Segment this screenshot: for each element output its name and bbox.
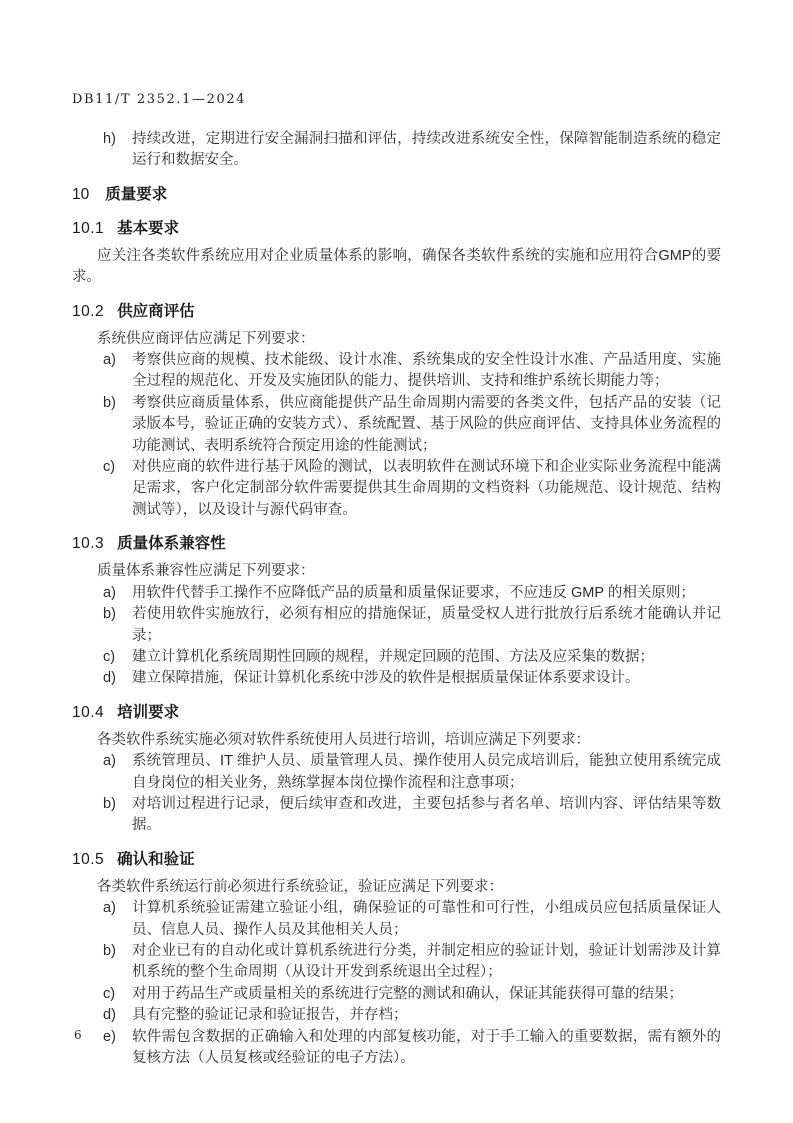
list-item: b) 若使用软件实施放行，必须有相应的措施保证，质量受权人进行批放行后系统才能确… xyxy=(72,604,721,647)
list-item-label: b) xyxy=(103,794,116,815)
section-heading: 10.5确认和验证 xyxy=(72,849,721,871)
list-item: b) 对培训过程进行记录，便后续审查和改进，主要包括参与者名单、培训内容、评估结… xyxy=(72,794,721,837)
section-number: 10.1 xyxy=(72,220,104,237)
list-item-label: a) xyxy=(103,751,116,772)
list-item-label: b) xyxy=(103,604,116,625)
section-heading: 10.1基本要求 xyxy=(72,218,721,240)
list-item-text: 建立计算机化系统周期性回顾的规程，并规定回顾的范围、方法及应采集的数据； xyxy=(132,649,654,665)
list-item-text: 持续改进，定期进行安全漏洞扫描和评估，持续改进系统安全性，保障智能制造系统的稳定… xyxy=(132,131,721,168)
list-item: a) 系统管理员、IT 维护人员、质量管理人员、操作使用人员完成培训后，能独立使… xyxy=(72,751,721,794)
section-10-2: 10.2供应商评估 系统供应商评估应满足下列要求： a) 考察供应商的规模、技术… xyxy=(72,301,721,522)
document-code-header: DB11/T 2352.1—2024 xyxy=(72,92,721,107)
list-item: d) 具有完整的验证记录和验证报告，并存档； xyxy=(72,1005,721,1026)
section-title: 培训要求 xyxy=(117,704,179,721)
list-item-text: 对供应商的软件进行基于风险的测试，以表明软件在测试环境下和企业实际业务流程中能满… xyxy=(132,459,721,518)
list-item: c) 对供应商的软件进行基于风险的测试，以表明软件在测试环境下和企业实际业务流程… xyxy=(72,457,721,521)
section-10-4: 10.4培训要求 各类软件系统实施必须对软件系统使用人员进行培训，培训应满足下列… xyxy=(72,702,721,837)
section-item-list: a) 考察供应商的规模、技术能级、设计水准、系统集成的安全性设计水准、产品适用度… xyxy=(72,350,721,521)
list-item: h) 持续改进，定期进行安全漏洞扫描和评估，持续改进系统安全性，保障智能制造系统… xyxy=(72,129,721,172)
list-item: c) 对用于药品生产或质量相关的系统进行完整的测试和确认，保证其能获得可靠的结果… xyxy=(72,984,721,1005)
list-item-label: d) xyxy=(103,1005,116,1026)
section-title: 确认和验证 xyxy=(117,851,195,868)
section-10-1: 10.1基本要求 应关注各类软件系统应用对企业质量体系的影响，确保各类软件系统的… xyxy=(72,218,721,289)
list-item: e) 软件需包含数据的正确输入和处理的内部复核功能，对于手工输入的重要数据，需有… xyxy=(72,1027,721,1070)
list-item-text: 系统管理员、IT 维护人员、质量管理人员、操作使用人员完成培训后，能独立使用系统… xyxy=(132,753,721,790)
list-item-text: 具有完整的验证记录和验证报告，并存档； xyxy=(132,1007,408,1023)
chapter-title: 质量要求 xyxy=(105,186,167,203)
list-item: c) 建立计算机化系统周期性回顾的规程，并规定回顾的范围、方法及应采集的数据； xyxy=(72,647,721,668)
list-item-text: 软件需包含数据的正确输入和处理的内部复核功能，对于手工输入的重要数据，需有额外的… xyxy=(132,1029,721,1066)
section-title: 基本要求 xyxy=(117,220,179,237)
section-intro: 各类软件系统运行前必须进行系统验证，验证应满足下列要求： xyxy=(72,877,721,898)
section-number: 10.3 xyxy=(72,535,104,552)
page-number: 6 xyxy=(74,1028,82,1042)
list-item-label: d) xyxy=(103,668,116,689)
chapter-number: 10 xyxy=(72,186,89,203)
list-item-label: a) xyxy=(103,350,116,371)
section-number: 10.2 xyxy=(72,303,104,320)
document-content: h) 持续改进，定期进行安全漏洞扫描和评估，持续改进系统安全性，保障智能制造系统… xyxy=(72,129,721,1069)
list-item-text: 对培训过程进行记录，便后续审查和改进，主要包括参与者名单、培训内容、评估结果等数… xyxy=(132,796,721,833)
list-item-label: a) xyxy=(103,898,116,919)
list-item-text: 考察供应商质量体系，供应商能提供产品生命周期内需要的各类文件，包括产品的安装（记… xyxy=(132,395,721,454)
list-item: a) 计算机系统验证需建立验证小组，确保验证的可靠性和可行性，小组成员应包括质量… xyxy=(72,898,721,941)
section-intro: 系统供应商评估应满足下列要求： xyxy=(72,329,721,350)
list-item-text: 若使用软件实施放行，必须有相应的措施保证，质量受权人进行批放行后系统才能确认并记… xyxy=(132,606,721,643)
section-10-5: 10.5确认和验证 各类软件系统运行前必须进行系统验证，验证应满足下列要求： a… xyxy=(72,849,721,1070)
list-item-text: 计算机系统验证需建立验证小组，确保验证的可靠性和可行性，小组成员应包括质量保证人… xyxy=(132,900,721,937)
section-item-list: a) 计算机系统验证需建立验证小组，确保验证的可靠性和可行性，小组成员应包括质量… xyxy=(72,898,721,1069)
section-heading: 10.2供应商评估 xyxy=(72,301,721,323)
list-item: a) 用软件代替手工操作不应降低产品的质量和质量保证要求，不应违反 GMP 的相… xyxy=(72,583,721,604)
section-intro: 质量体系兼容性应满足下列要求： xyxy=(72,561,721,582)
section-intro: 应关注各类软件系统应用对企业质量体系的影响，确保各类软件系统的实施和应用符合GM… xyxy=(72,246,721,289)
chapter-heading: 10质量要求 xyxy=(72,184,721,206)
list-item-text: 用软件代替手工操作不应降低产品的质量和质量保证要求，不应违反 GMP 的相关原则… xyxy=(132,585,695,601)
section-title: 供应商评估 xyxy=(117,303,195,320)
section-item-list: a) 系统管理员、IT 维护人员、质量管理人员、操作使用人员完成培训后，能独立使… xyxy=(72,751,721,837)
list-item-label: c) xyxy=(103,647,115,668)
list-item-text: 对用于药品生产或质量相关的系统进行完整的测试和确认，保证其能获得可靠的结果； xyxy=(132,986,683,1002)
section-10-3: 10.3质量体系兼容性 质量体系兼容性应满足下列要求： a) 用软件代替手工操作… xyxy=(72,533,721,689)
list-item-text: 对企业已有的自动化或计算机系统进行分类，并制定相应的验证计划，验证计划需涉及计算… xyxy=(132,943,721,980)
list-item: d) 建立保障措施，保证计算机化系统中涉及的软件是根据质量保证体系要求设计。 xyxy=(72,668,721,689)
document-page: DB11/T 2352.1—2024 h) 持续改进，定期进行安全漏洞扫描和评估… xyxy=(0,0,793,1123)
list-item-label: c) xyxy=(103,984,115,1005)
section-heading: 10.3质量体系兼容性 xyxy=(72,533,721,555)
section-item-list: a) 用软件代替手工操作不应降低产品的质量和质量保证要求，不应违反 GMP 的相… xyxy=(72,583,721,690)
list-item-label: b) xyxy=(103,393,116,414)
list-item-text: 考察供应商的规模、技术能级、设计水准、系统集成的安全性设计水准、产品适用度、实施… xyxy=(132,352,721,389)
list-item-label: e) xyxy=(103,1027,116,1048)
list-item-text: 建立保障措施，保证计算机化系统中涉及的软件是根据质量保证体系要求设计。 xyxy=(132,670,640,686)
section-intro: 各类软件系统实施必须对软件系统使用人员进行培训，培训应满足下列要求： xyxy=(72,730,721,751)
list-item: b) 对企业已有的自动化或计算机系统进行分类，并制定相应的验证计划，验证计划需涉… xyxy=(72,941,721,984)
section-number: 10.5 xyxy=(72,851,104,868)
section-heading: 10.4培训要求 xyxy=(72,702,721,724)
list-item: b) 考察供应商质量体系，供应商能提供产品生命周期内需要的各类文件，包括产品的安… xyxy=(72,393,721,457)
list-item-label: a) xyxy=(103,583,116,604)
list-item: a) 考察供应商的规模、技术能级、设计水准、系统集成的安全性设计水准、产品适用度… xyxy=(72,350,721,393)
section-title: 质量体系兼容性 xyxy=(117,535,226,552)
list-item-label: b) xyxy=(103,941,116,962)
list-item-label: h) xyxy=(103,129,116,150)
list-item-label: c) xyxy=(103,457,115,478)
section-number: 10.4 xyxy=(72,704,104,721)
